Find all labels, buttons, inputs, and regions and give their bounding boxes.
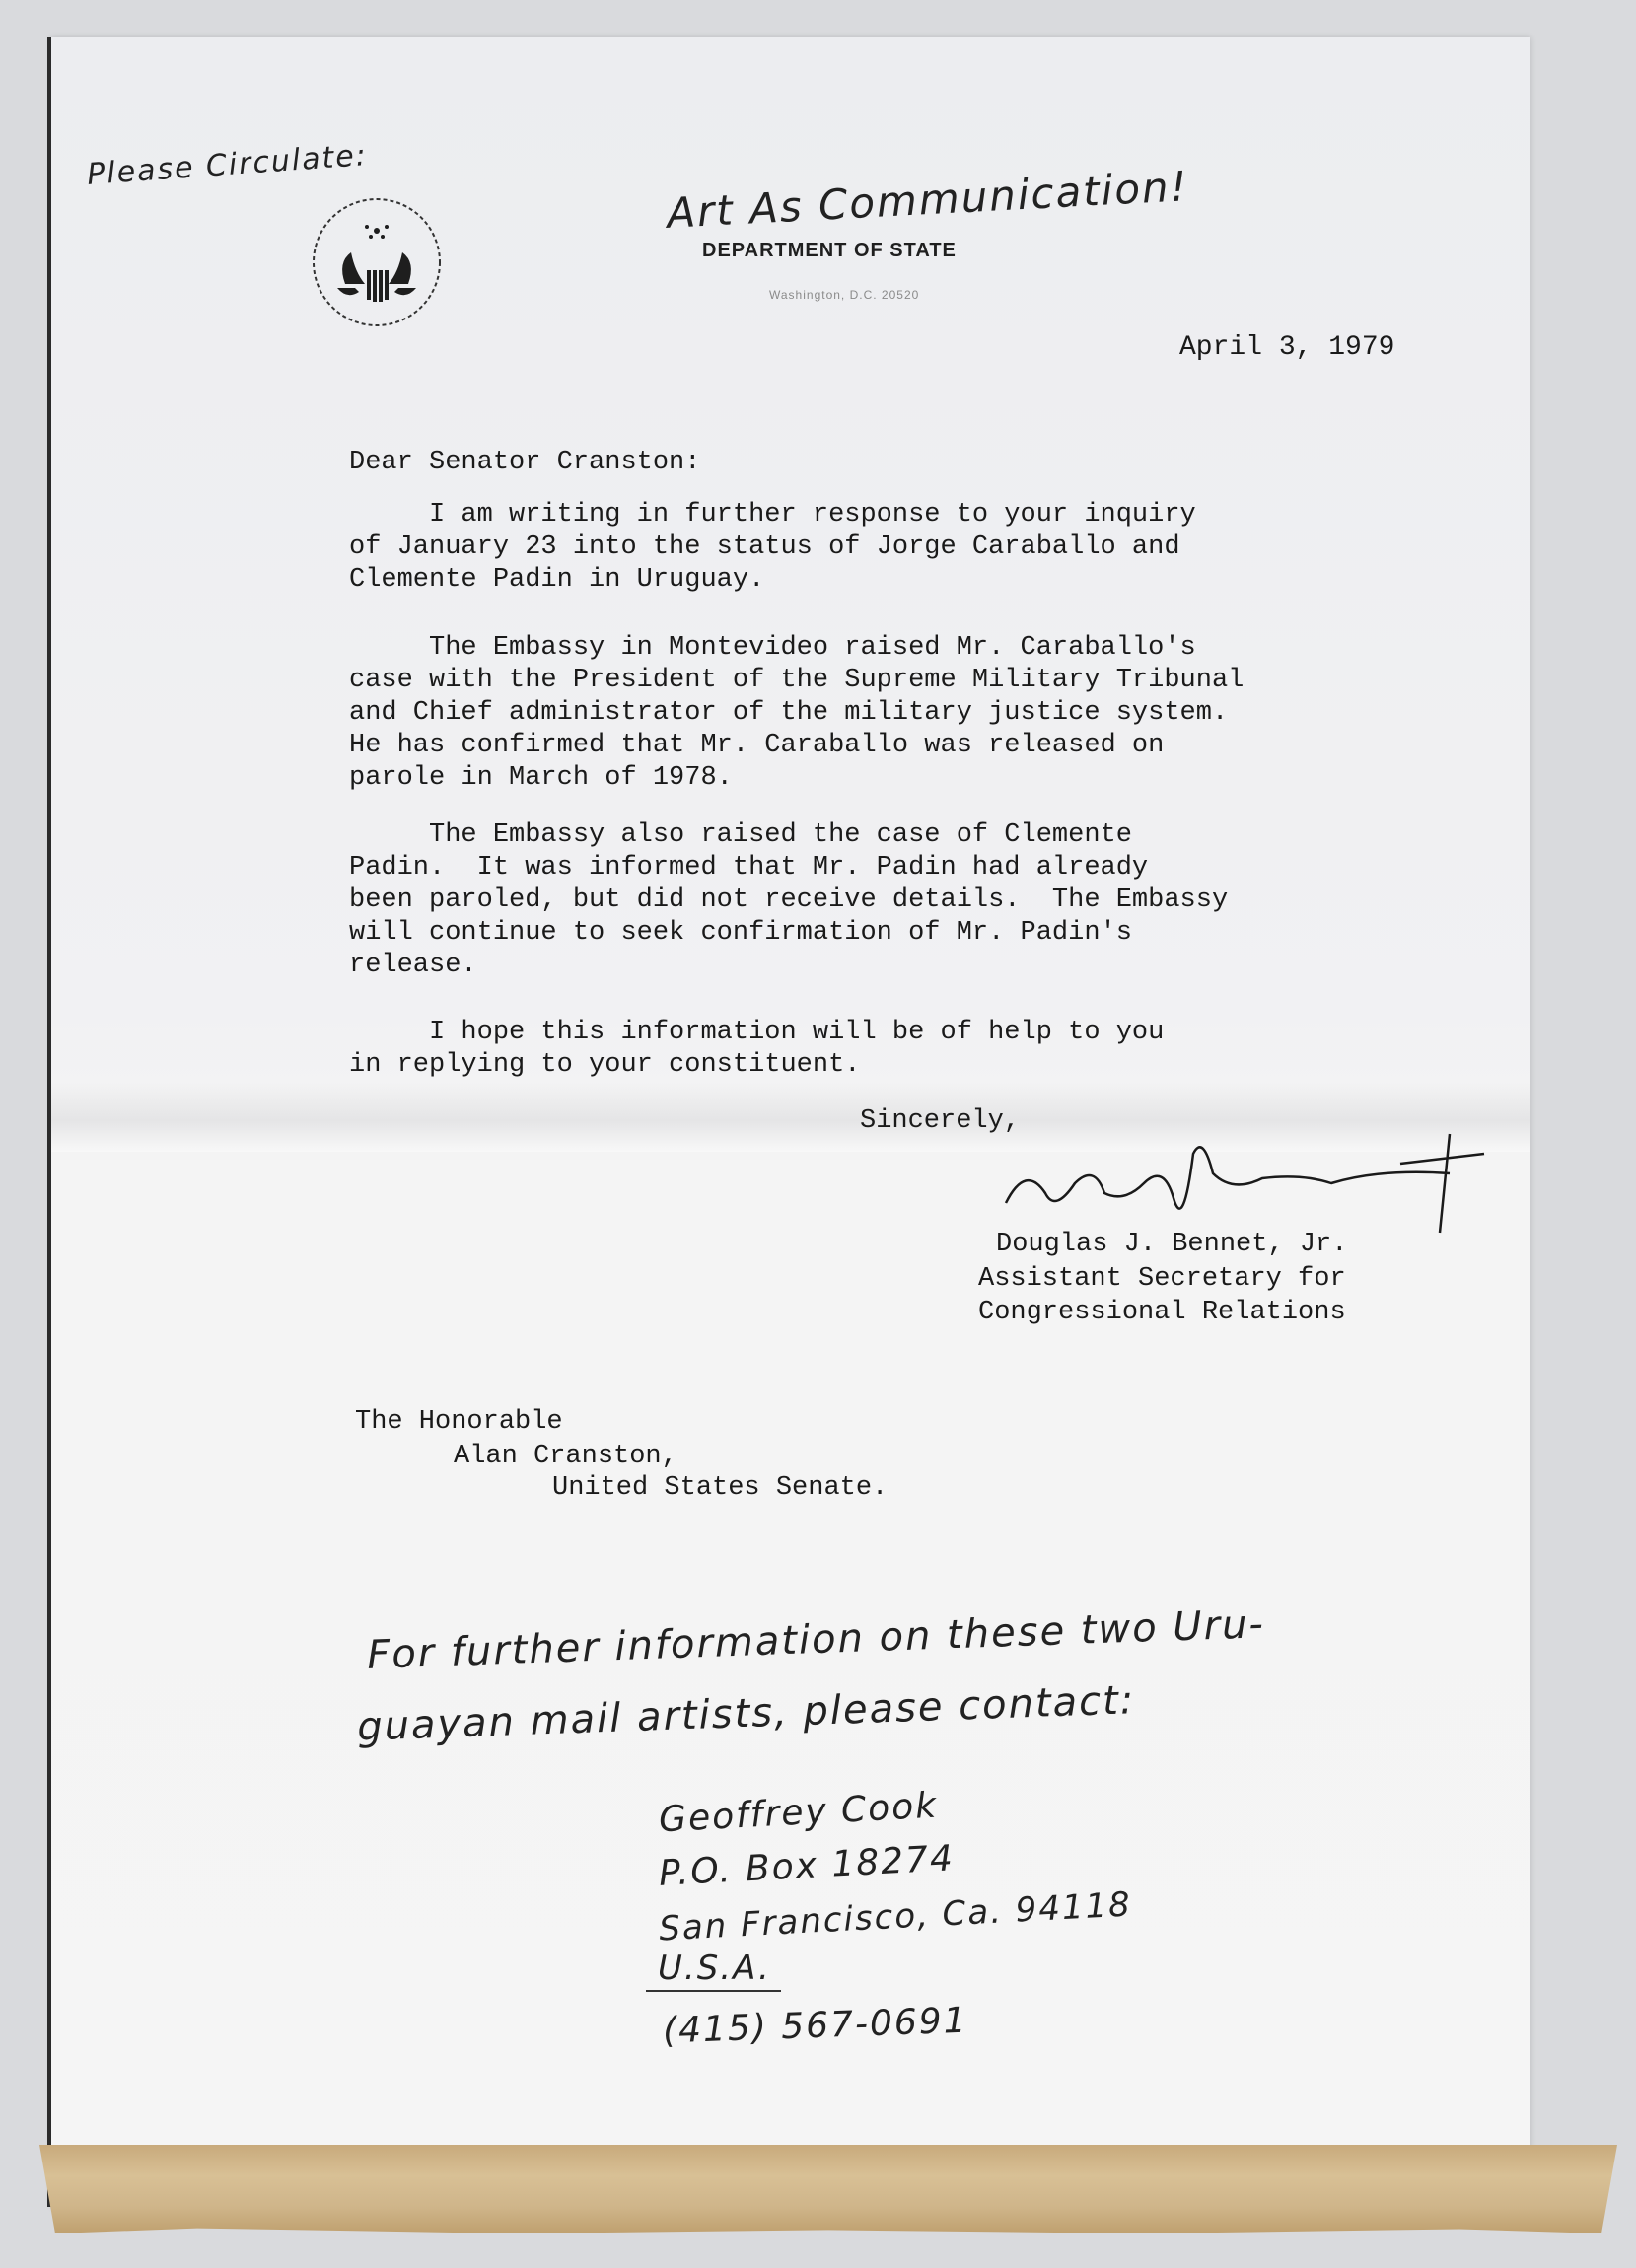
masking-tape (39, 2145, 1617, 2233)
great-seal-icon (308, 193, 446, 331)
salutation: Dear Senator Cranston: (349, 446, 700, 480)
recipient-line-2: Alan Cranston, (454, 1440, 677, 1474)
body-line: The Embassy in Montevideo raised Mr. Car… (349, 631, 1196, 666)
body-line: of January 23 into the status of Jorge C… (349, 531, 1180, 565)
letter-date: April 3, 1979 (1179, 330, 1394, 365)
body-line: I hope this information will be of help … (349, 1016, 1164, 1050)
body-line: release. (349, 949, 477, 983)
signer-title-line-2: Congressional Relations (978, 1296, 1346, 1330)
body-line: and Chief administrator of the military … (349, 696, 1228, 731)
body-line: The Embassy also raised the case of Clem… (349, 818, 1132, 853)
body-line: Clemente Padin in Uruguay. (349, 563, 764, 598)
recipient-line-1: The Honorable (355, 1405, 563, 1440)
signature-icon (986, 1124, 1489, 1242)
recipient-line-3: United States Senate. (552, 1471, 888, 1506)
body-line: parole in March of 1978. (349, 761, 733, 796)
department-name: DEPARTMENT OF STATE (702, 240, 957, 262)
contact-country: U.S.A. (646, 1949, 781, 1992)
body-line: been paroled, but did not receive detail… (349, 884, 1228, 918)
body-line: in replying to your constituent. (349, 1048, 860, 1083)
body-line: case with the President of the Supreme M… (349, 664, 1244, 698)
signer-title-line-1: Assistant Secretary for (978, 1262, 1346, 1297)
signer-name: Douglas J. Bennet, Jr. (996, 1228, 1347, 1262)
body-line: will continue to seek confirmation of Mr… (349, 916, 1132, 951)
body-line: Padin. It was informed that Mr. Padin ha… (349, 851, 1148, 886)
body-line: He has confirmed that Mr. Caraballo was … (349, 729, 1164, 763)
letterhead-address: Washington, D.C. 20520 (769, 288, 919, 302)
body-line: I am writing in further response to your… (349, 498, 1196, 532)
